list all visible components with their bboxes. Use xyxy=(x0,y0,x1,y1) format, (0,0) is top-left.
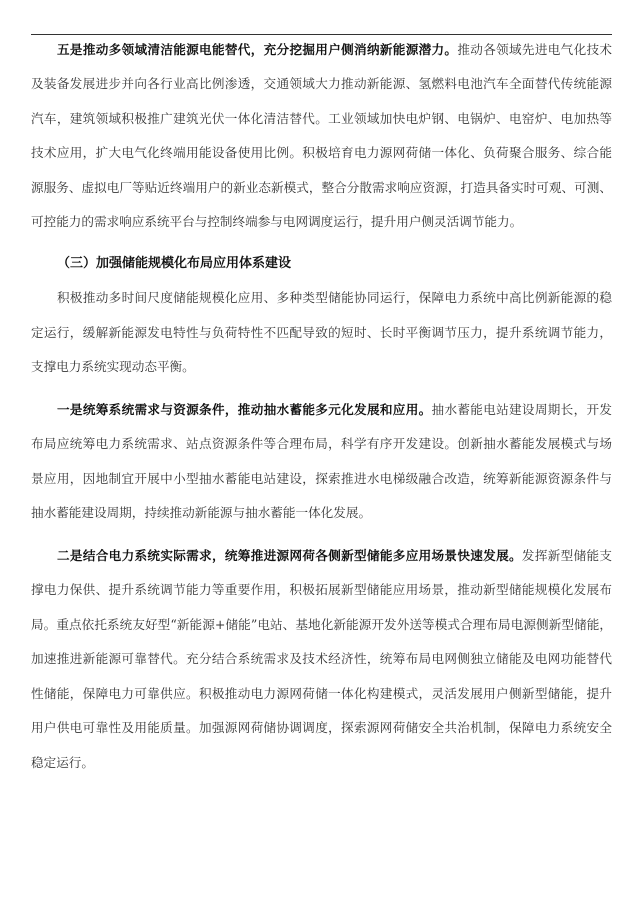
paragraph-line: 积极推动多时间尺度储能规模化应用、多种类型储能协同运行，保障电力系统中高比例新能… xyxy=(57,288,612,308)
paragraph-line: 性储能，保障电力可靠供应。积极推动电力源网荷储一体化构建模式，灵活发展用户侧新型… xyxy=(31,684,612,704)
paragraph-line: 二是结合电力系统实际需求，统筹推进源网荷各侧新型储能多应用场景快速发展。发挥新型… xyxy=(57,546,612,566)
paragraph-line: 技术应用，扩大电气化终端用能设备使用比例。积极培育电力源网荷储一体化、负荷聚合服… xyxy=(31,143,612,163)
paragraph-line: 可控能力的需求响应系统平台与控制终端参与电网调度运行，提升用户侧灵活调节能力。 xyxy=(31,212,612,232)
paragraph-line: 景应用，因地制宜开展中小型抽水蓄能电站建设，探索推进水电梯级融合改造，统筹新能源… xyxy=(31,469,612,489)
paragraph-line: 及装备发展进步并向各行业高比例渗透，交通领域大力推动新能源、氢燃料电池汽车全面替… xyxy=(31,74,612,94)
paragraph-line: 加速推进新能源可靠替代。充分结合系统需求及技术经济性，统筹布局电网侧独立储能及电… xyxy=(31,649,612,669)
paragraph-line: 局。重点依托系统友好型“新能源+储能”电站、基地化新能源开发外送等模式合理布局电… xyxy=(31,615,612,635)
paragraph-line: 稳定运行。 xyxy=(31,753,612,773)
paragraph-line: 支撑电力系统实现动态平衡。 xyxy=(31,357,612,377)
bold-lead: 二是结合电力系统实际需求，统筹推进源网荷各侧新型储能多应用场景快速发展。 xyxy=(57,548,522,563)
paragraph-line: 汽车，建筑领域积极推广建筑光伏一体化清洁替代。工业领域加快电炉钢、电锅炉、电窑炉… xyxy=(31,109,612,129)
paragraph-line: 定运行，缓解新能源发电特性与负荷特性不匹配导致的短时、长时平衡调节压力，提升系统… xyxy=(31,323,612,343)
bold-lead: 一是统筹系统需求与资源条件，推动抽水蓄能多元化发展和应用。 xyxy=(57,402,432,417)
header-rule xyxy=(31,34,612,35)
paragraph-line: 用户供电可靠性及用能质量。加强源网荷储协调调度，探索源网荷储安全共治机制，保障电… xyxy=(31,718,612,738)
paragraph-line: 五是推动多领域清洁能源电能替代，充分挖掘用户侧消纳新能源潜力。推动各领域先进电气… xyxy=(57,40,612,60)
paragraph-line: 布局应统筹电力系统需求、站点资源条件等合理布局，科学有序开发建设。创新抽水蓄能发… xyxy=(31,434,612,454)
paragraph-line: 抽水蓄能建设周期，持续推动新能源与抽水蓄能一体化发展。 xyxy=(31,503,612,523)
bold-lead: 五是推动多领域清洁能源电能替代，充分挖掘用户侧消纳新能源潜力。 xyxy=(57,42,457,57)
paragraph-line: 撑电力保供、提升系统调节能力等重要作用，积极拓展新型储能应用场景，推动新型储能规… xyxy=(31,580,612,600)
section-heading: （三）加强储能规模化布局应用体系建设 xyxy=(57,254,291,274)
paragraph-line: 源服务、虚拟电厂等贴近终端用户的新业态新模式，整合分散需求响应资源，打造具备实时… xyxy=(31,178,612,198)
paragraph-line: 一是统筹系统需求与资源条件，推动抽水蓄能多元化发展和应用。抽水蓄能电站建设周期长… xyxy=(57,400,612,420)
